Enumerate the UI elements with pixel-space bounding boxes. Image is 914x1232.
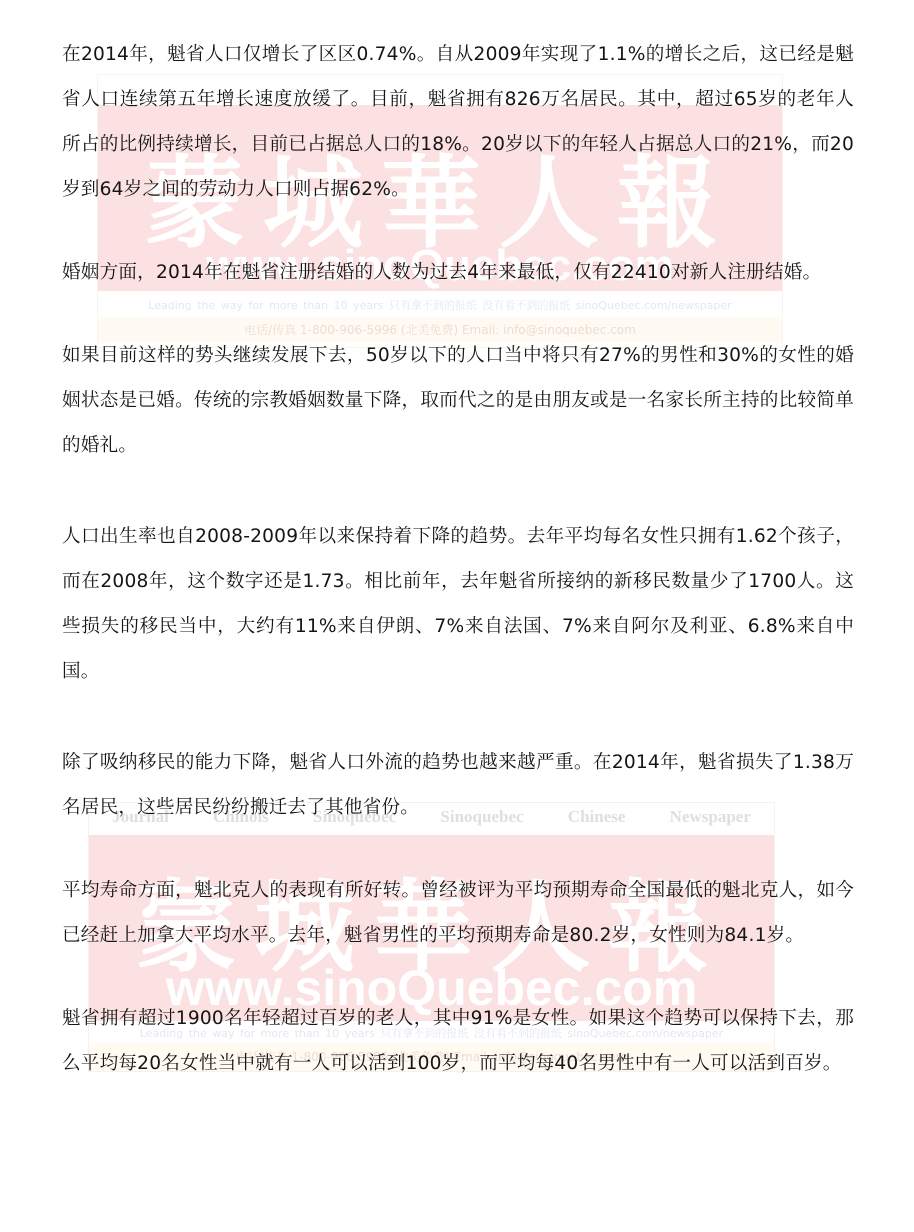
paragraph-out-migration: 除了吸纳移民的能力下降，魁省人口外流的趋势也越来越严重。在2014年，魁省损失了… bbox=[62, 740, 854, 830]
paragraph-population-growth: 在2014年，魁省人口仅增长了区区0.74%。自从2009年实现了1.1%的增长… bbox=[62, 32, 854, 212]
paragraph-marriage: 婚姻方面，2014年在魁省注册结婚的人数为过去4年来最低，仅有22410对新人注… bbox=[62, 250, 854, 295]
article-body: 在2014年，魁省人口仅增长了区区0.74%。自从2009年实现了1.1%的增长… bbox=[0, 0, 854, 1086]
paragraph-birth-rate-immigration: 人口出生率也自2008-2009年以来保持着下降的趋势。去年平均每名女性只拥有1… bbox=[62, 514, 854, 694]
paragraph-centenarians: 魁省拥有超过1900名年轻超过百岁的老人，其中91%是女性。如果这个趋势可以保持… bbox=[62, 996, 854, 1086]
paragraph-life-expectancy: 平均寿命方面，魁北克人的表现有所好转。曾经被评为平均预期寿命全国最低的魁北克人，… bbox=[62, 868, 854, 958]
paragraph-marital-trend: 如果目前这样的势头继续发展下去，50岁以下的人口当中将只有27%的男性和30%的… bbox=[62, 333, 854, 468]
